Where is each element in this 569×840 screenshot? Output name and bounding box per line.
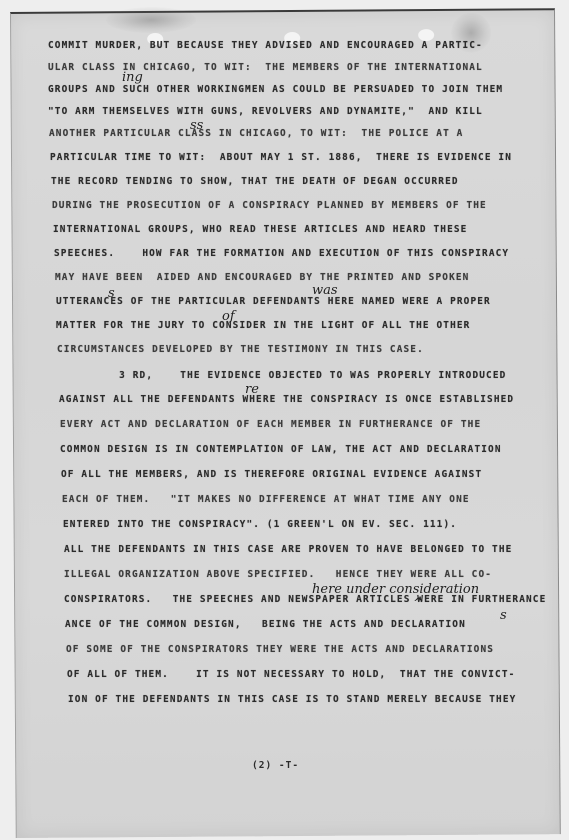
handwritten-annotation: re: [245, 382, 259, 397]
text-line: CIRCUMSTANCES DEVELOPED BY THE TESTIMONY…: [57, 344, 424, 355]
text-line: ILLEGAL ORGANIZATION ABOVE SPECIFIED. HE…: [64, 569, 492, 580]
text-line: EACH OF THEM. "IT MAKES NO DIFFERENCE AT…: [62, 494, 470, 505]
handwritten-annotation: s: [108, 286, 115, 301]
handwritten-annotation: of: [222, 309, 235, 324]
text-line: MAY HAVE BEEN AIDED AND ENCOURAGED BY TH…: [55, 272, 469, 283]
text-line: DURING THE PROSECUTION OF A CONSPIRACY P…: [52, 200, 487, 211]
text-line: COMMON DESIGN IS IN CONTEMPLATION OF LAW…: [60, 444, 502, 455]
text-line: PARTICULAR TIME TO WIT: ABOUT MAY 1 ST. …: [50, 152, 512, 163]
handwritten-annotation: ^: [413, 596, 424, 611]
text-line: GROUPS AND SUCH OTHER WORKINGMEN AS COUL…: [48, 84, 503, 95]
text-line: ULAR CLASS IN CHICAGO, TO WIT: THE MEMBE…: [48, 62, 483, 73]
text-line: OF ALL OF THEM. IT IS NOT NECESSARY TO H…: [67, 669, 515, 680]
text-line: OF SOME OF THE CONSPIRATORS THEY WERE TH…: [66, 644, 494, 655]
text-line: THE RECORD TENDING TO SHOW, THAT THE DEA…: [51, 176, 459, 187]
text-line: MATTER FOR THE JURY TO CONSIDER IN THE L…: [56, 320, 470, 331]
handwritten-annotation: ss: [190, 118, 203, 133]
handwritten-annotation: was: [312, 283, 338, 298]
text-line: ANOTHER PARTICULAR CLASS IN CHICAGO, TO …: [49, 128, 463, 139]
text-line: 3 RD, THE EVIDENCE OBJECTED TO WAS PROPE…: [58, 370, 506, 381]
text-line: "TO ARM THEMSELVES WITH GUNS, REVOLVERS …: [48, 106, 483, 117]
text-line: UTTERANCES OF THE PARTICULAR DEFENDANTS …: [56, 296, 491, 307]
text-line: AGAINST ALL THE DEFENDANTS WHERE THE CON…: [59, 394, 514, 405]
handwritten-annotation: ing: [122, 70, 143, 85]
handwritten-annotation: here under consideration: [312, 582, 479, 597]
ink-smudge: [106, 7, 196, 34]
text-line: EVERY ACT AND DECLARATION OF EACH MEMBER…: [60, 419, 481, 430]
handwritten-annotation: s: [500, 608, 507, 623]
text-line: ANCE OF THE COMMON DESIGN, BEING THE ACT…: [65, 619, 466, 630]
text-line: OF ALL THE MEMBERS, AND IS THEREFORE ORI…: [61, 469, 482, 480]
text-line: ALL THE DEFENDANTS IN THIS CASE ARE PROV…: [64, 544, 512, 555]
page-footer: (2) -T-: [252, 760, 299, 771]
text-line: ENTERED INTO THE CONSPIRACY". (1 GREEN'L…: [63, 519, 457, 530]
text-line: SPEECHES. HOW FAR THE FORMATION AND EXEC…: [54, 248, 509, 259]
text-line: ION OF THE DEFENDANTS IN THIS CASE IS TO…: [68, 694, 516, 705]
text-line: COMMIT MURDER, BUT BECAUSE THEY ADVISED …: [48, 40, 483, 51]
text-line: INTERNATIONAL GROUPS, WHO READ THESE ART…: [53, 224, 467, 235]
